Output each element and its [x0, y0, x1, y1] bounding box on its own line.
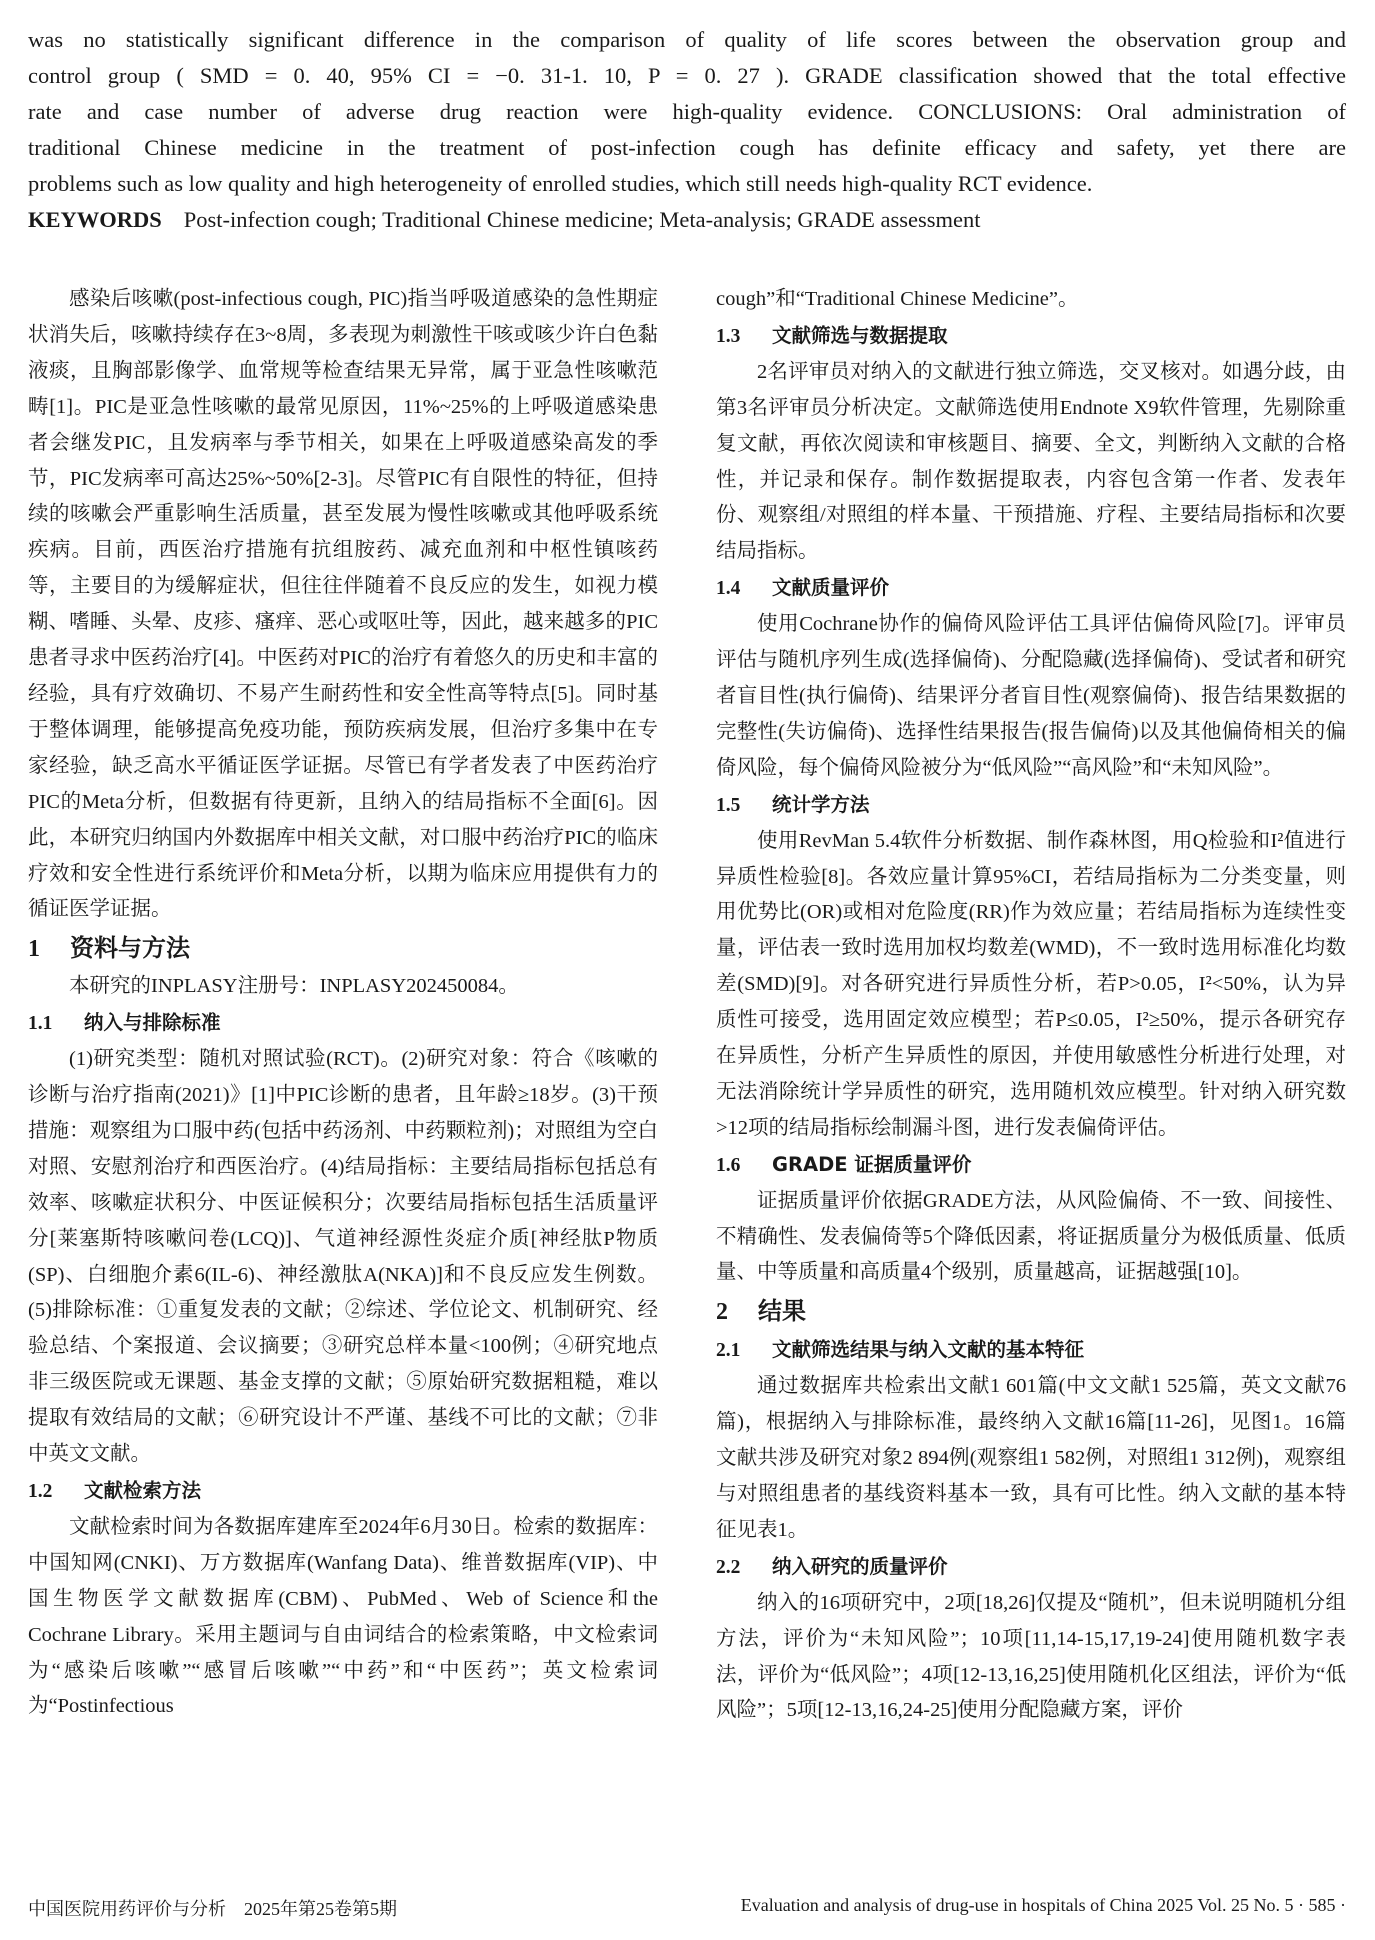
abstract-continuation: was no statistically significant differe… [28, 22, 1346, 238]
criteria-paragraph: (1)研究类型：随机对照试验(RCT)。(2)研究对象：符合《咳嗽的诊断与治疗指… [28, 1042, 658, 1473]
journal-name-chinese: 中国医院用药评价与分析 2025年第25卷第5期 [28, 1895, 397, 1921]
abstract-line: traditional Chinese medicine in the trea… [28, 130, 1346, 166]
grade-paragraph: 证据质量评价依据GRADE方法，从风险偏倚、不一致、间接性、不精确性、发表偏倚等… [716, 1184, 1346, 1292]
intro-paragraph: 感染后咳嗽(post-infectious cough, PIC)指当呼吸道感染… [28, 282, 658, 928]
keywords-text: Post-infection cough; Traditional Chines… [184, 207, 981, 232]
abstract-line: problems such as low quality and high he… [28, 166, 1346, 202]
section-heading-2: 2结果 [716, 1291, 1346, 1332]
keywords-label: KEYWORDS [28, 207, 162, 232]
subsection-heading-2-2: 2.2纳入研究的质量评价 [716, 1549, 1346, 1586]
abstract-line: control group ( SMD = 0. 40, 95% CI = −0… [28, 58, 1346, 94]
search-paragraph-continued: cough”和“Traditional Chinese Medicine”。 [716, 282, 1346, 318]
quality-results-paragraph: 纳入的16项研究中，2项[18,26]仅提及“随机”，但未说明随机分组方法，评价… [716, 1586, 1346, 1730]
subsection-heading-2-1: 2.1文献筛选结果与纳入文献的基本特征 [716, 1332, 1346, 1369]
results-paragraph: 通过数据库共检索出文献1 601篇(中文文献1 525篇，英文文献76篇)，根据… [716, 1369, 1346, 1549]
search-paragraph: 文献检索时间为各数据库建库至2024年6月30日。检索的数据库：中国知网(CNK… [28, 1510, 658, 1725]
page-footer: 中国医院用药评价与分析 2025年第25卷第5期 Evaluation and … [28, 1895, 1346, 1921]
right-column: cough”和“Traditional Chinese Medicine”。 1… [716, 282, 1346, 1729]
subsection-heading-1-1: 1.1纳入与排除标准 [28, 1005, 658, 1042]
registration-paragraph: 本研究的INPLASY注册号：INPLASY202450084。 [28, 969, 658, 1005]
section-heading-1: 1资料与方法 [28, 928, 658, 969]
subsection-heading-1-4: 1.4文献质量评价 [716, 570, 1346, 607]
abstract-line: was no statistically significant differe… [28, 22, 1346, 58]
abstract-line: rate and case number of adverse drug rea… [28, 94, 1346, 130]
screening-paragraph: 2名评审员对纳入的文献进行独立筛选，交叉核对。如遇分歧，由第3名评审员分析决定。… [716, 355, 1346, 570]
subsection-heading-1-6: 1.6GRADE 证据质量评价 [716, 1147, 1346, 1184]
journal-name-english-page-number: Evaluation and analysis of drug-use in h… [741, 1895, 1346, 1921]
left-column: 感染后咳嗽(post-infectious cough, PIC)指当呼吸道感染… [28, 282, 658, 1725]
subsection-heading-1-2: 1.2文献检索方法 [28, 1473, 658, 1510]
keywords-line: KEYWORDSPost-infection cough; Traditiona… [28, 202, 1346, 238]
subsection-heading-1-5: 1.5统计学方法 [716, 787, 1346, 824]
statistics-paragraph: 使用RevMan 5.4软件分析数据、制作森林图，用Q检验和I²值进行异质性检验… [716, 824, 1346, 1147]
quality-paragraph: 使用Cochrane协作的偏倚风险评估工具评估偏倚风险[7]。评审员评估与随机序… [716, 607, 1346, 787]
subsection-heading-1-3: 1.3文献筛选与数据提取 [716, 318, 1346, 355]
